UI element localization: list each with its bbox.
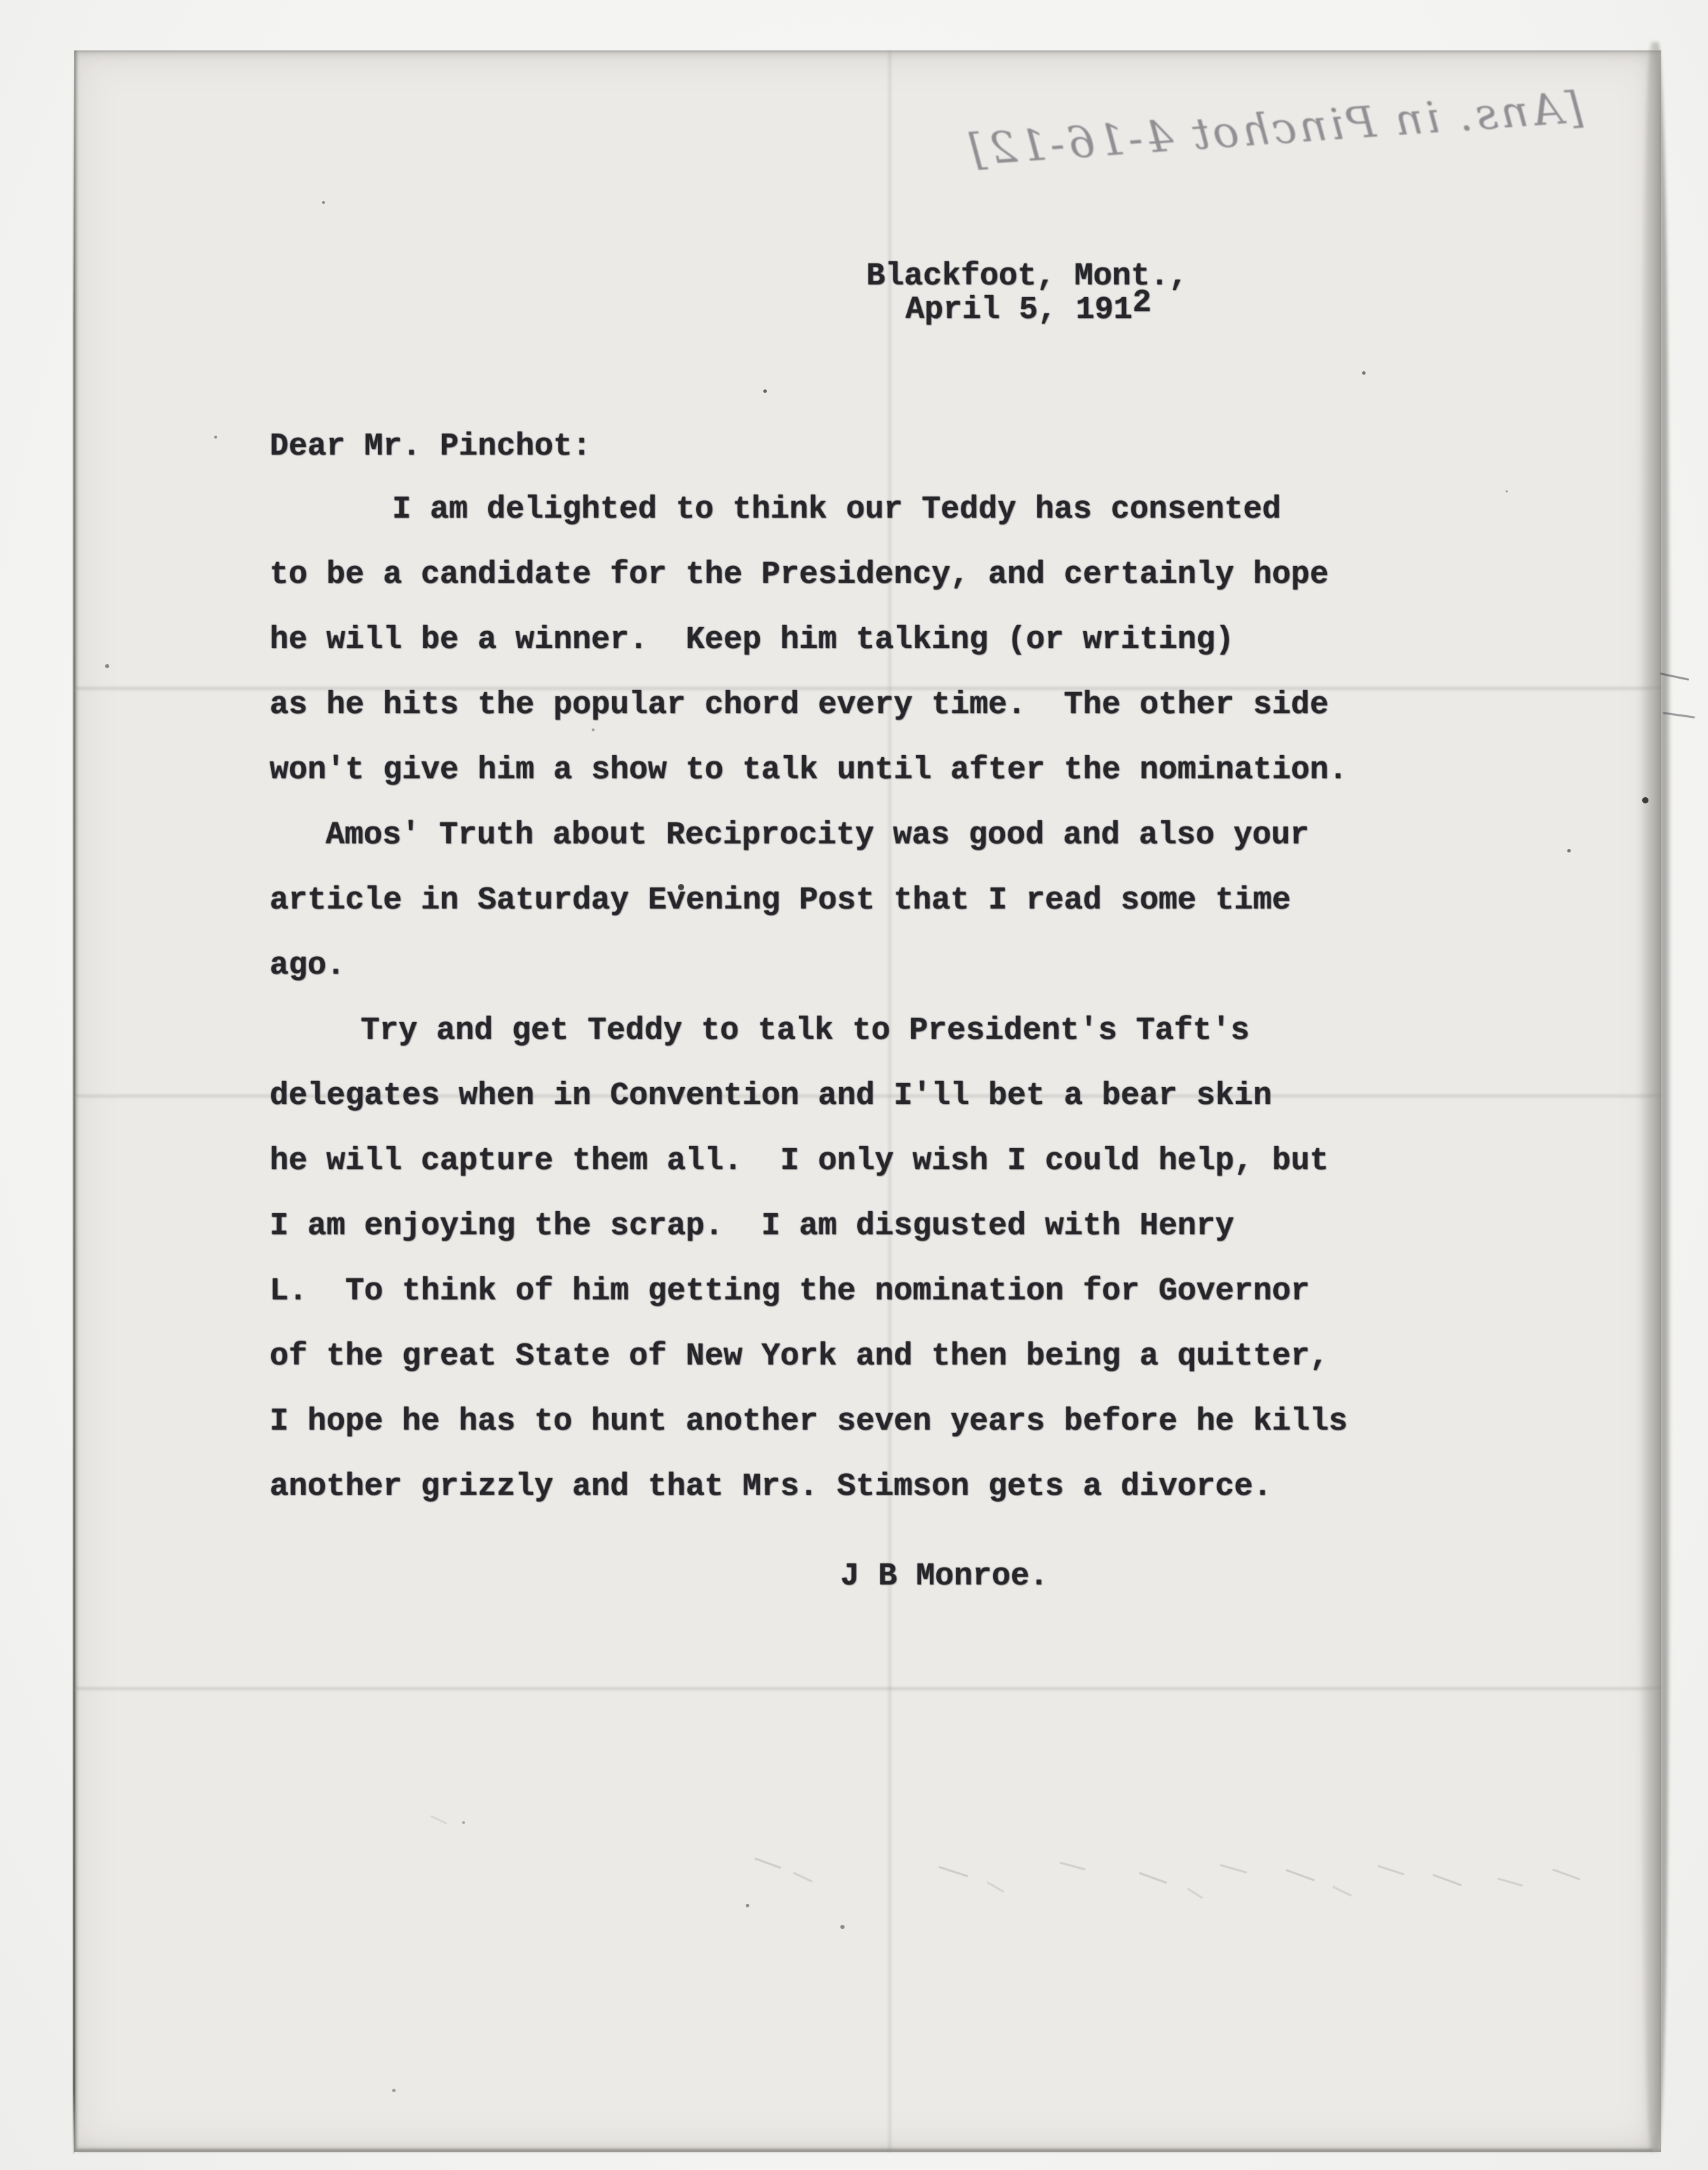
ink-speck xyxy=(678,884,684,890)
letter-line: to be a candidate for the Presidency, an… xyxy=(270,559,1328,590)
letter-line: ago. xyxy=(270,950,345,981)
letter-line: I am enjoying the scrap. I am disgusted … xyxy=(270,1210,1234,1242)
ink-speck xyxy=(592,728,595,731)
signature-line: J B Monroe. xyxy=(840,1561,1048,1592)
dateline-line: April 5, 1912 xyxy=(905,294,1151,326)
letter-line: I am delighted to think our Teddy has co… xyxy=(392,494,1281,525)
letter-line: L. To think of him getting the nominatio… xyxy=(270,1276,1310,1307)
ink-speck xyxy=(214,436,217,438)
ink-speck xyxy=(763,389,767,393)
letter-line: another grizzly and that Mrs. Stimson ge… xyxy=(270,1471,1272,1502)
letter-line: Try and get Teddy to talk to President's… xyxy=(361,1015,1249,1046)
letter-line: Amos' Truth about Reciprocity was good a… xyxy=(326,820,1309,851)
ink-speck xyxy=(392,2089,396,2092)
letter-line: delegates when in Convention and I'll be… xyxy=(270,1080,1272,1112)
letter-line: as he hits the popular chord every time.… xyxy=(270,689,1328,721)
letter-line: he will capture them all. I only wish I … xyxy=(270,1145,1328,1177)
letter-line: he will be a winner. Keep him talking (o… xyxy=(270,624,1234,656)
typewritten-text-layer: Blackfoot, Mont.,April 5, 1912Dear Mr. P… xyxy=(0,0,1708,2170)
ink-speck xyxy=(1506,490,1508,492)
scanned-letter-page: [Ans. in Pinchot 4-16-12] Blackfoot, Mon… xyxy=(0,0,1708,2170)
ink-speck xyxy=(462,1821,465,1824)
ink-speck xyxy=(1362,371,1366,375)
letter-line: of the great State of New York and then … xyxy=(270,1341,1328,1372)
ink-speck xyxy=(105,664,109,668)
ink-speck xyxy=(322,201,325,204)
ink-speck xyxy=(1567,849,1571,852)
ink-speck xyxy=(840,1925,845,1929)
ink-speck xyxy=(746,1904,749,1907)
letter-line: won't give him a show to talk until afte… xyxy=(270,754,1347,786)
salutation-line: Dear Mr. Pinchot: xyxy=(270,431,591,462)
ink-speck xyxy=(1642,797,1648,803)
letter-line: I hope he has to hunt another seven year… xyxy=(270,1406,1347,1437)
letter-line: article in Saturday Evening Post that I … xyxy=(270,885,1291,916)
